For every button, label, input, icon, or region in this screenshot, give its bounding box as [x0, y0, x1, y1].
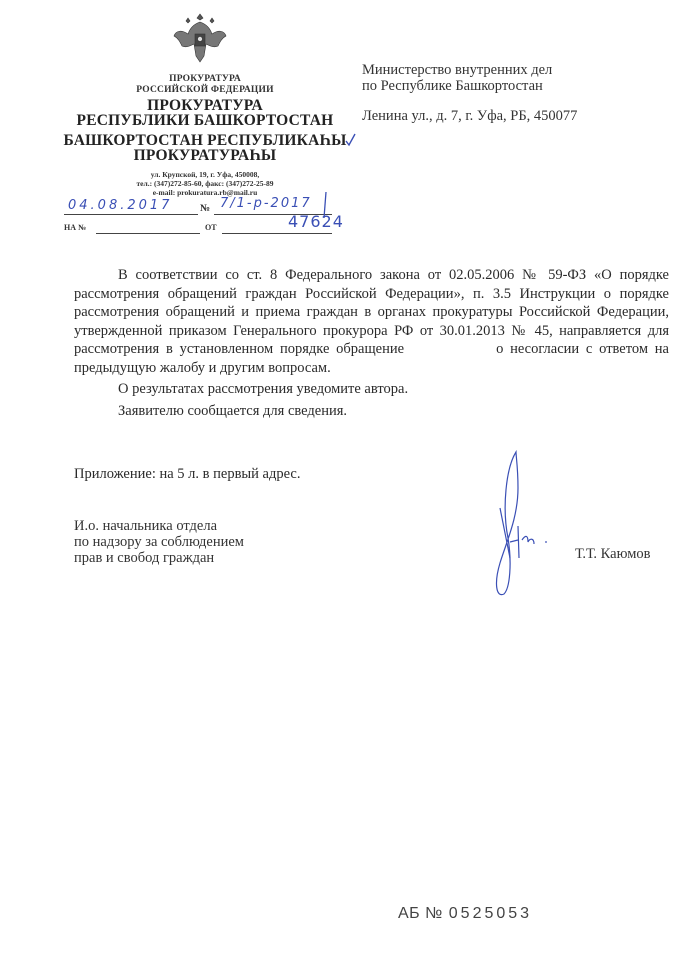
- handwritten-stroke-icon: [320, 190, 330, 220]
- handwritten-incoming-number: 47624: [288, 212, 344, 231]
- serial-number: АБ №0525053: [398, 905, 532, 923]
- addressee-block: Министерство внутренних дел по Республик…: [362, 62, 662, 124]
- body-paragraph-2: О результатах рассмотрения уведомите авт…: [74, 380, 669, 399]
- reply-number-line: [96, 233, 200, 234]
- letterhead-title-republic: РЕСПУБЛИКИ БАШКОРТОСТАН: [62, 113, 348, 129]
- letterhead-line-prosecutor: ПРОКУРАТУРА: [62, 74, 348, 84]
- letter-body: В соответствии со ст. 8 Федерального зак…: [74, 266, 669, 420]
- number-label: №: [200, 203, 210, 214]
- check-mark-icon: [344, 132, 358, 148]
- handwritten-date: 04.08.2017: [68, 198, 172, 213]
- russian-coat-of-arms-icon: [170, 8, 230, 68]
- addressee-line-1: Министерство внутренних дел: [362, 62, 662, 78]
- signatory-line-2: по надзору за соблюдением: [74, 534, 244, 550]
- reply-label: НА №: [64, 223, 86, 232]
- signatory-title: И.о. начальника отдела по надзору за соб…: [74, 518, 244, 566]
- serial-prefix: АБ №: [398, 905, 443, 922]
- serial-value: 0525053: [449, 905, 532, 922]
- signatory-line-3: прав и свобод граждан: [74, 550, 244, 566]
- body-paragraph-3: Заявителю сообщается для сведения.: [74, 402, 669, 421]
- attachment-note: Приложение: на 5 л. в первый адрес.: [74, 466, 300, 483]
- signer-name: Т.Т. Каюмов: [575, 546, 651, 563]
- date-line: [64, 214, 198, 215]
- addressee-line-2: по Республике Башкортостан: [362, 78, 662, 94]
- from-date-line: [222, 233, 332, 234]
- signatory-line-1: И.о. начальника отдела: [74, 518, 244, 534]
- body-paragraph-1: В соответствии со ст. 8 Федерального зак…: [74, 266, 669, 377]
- letterhead-title-bashkir-2: ПРОКУРАТУРАҺЫ: [62, 148, 348, 164]
- handwritten-number: 7/1-р-2017: [220, 196, 312, 211]
- letterhead-line-federation: РОССИЙСКОЙ ФЕДЕРАЦИИ: [62, 85, 348, 95]
- addressee-address: Ленина ул., д. 7, г. Уфа, РБ, 450077: [362, 108, 662, 124]
- letterhead: ПРОКУРАТУРА РОССИЙСКОЙ ФЕДЕРАЦИИ ПРОКУРА…: [62, 0, 362, 240]
- from-label: ОТ: [205, 223, 217, 232]
- handwritten-signature-icon: [488, 448, 578, 598]
